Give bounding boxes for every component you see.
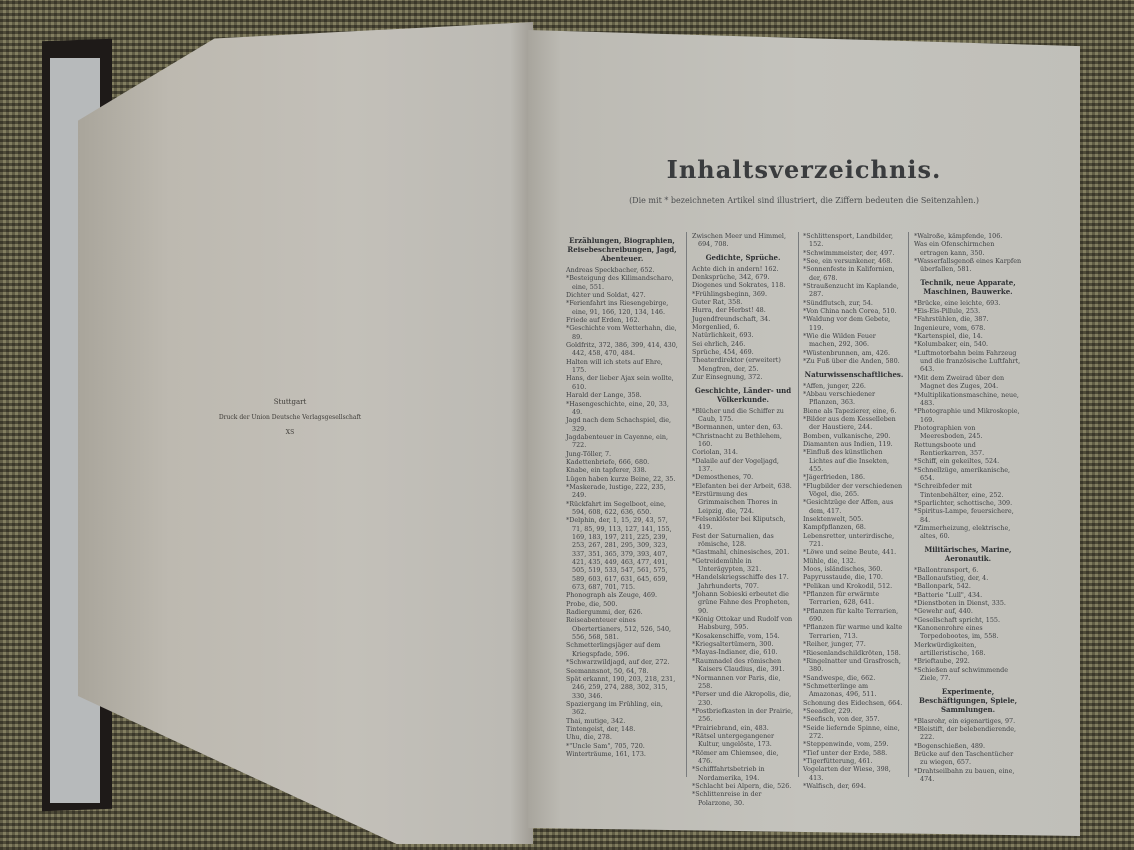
toc-entry: Fest der Saturnalien, das römische, 128. [692, 532, 794, 549]
toc-entry: Hans, der lieber Ajax sein wollte, 610. [566, 374, 678, 391]
toc-entry: Theaterdirektor (erweitert) Mengfren, de… [692, 356, 794, 373]
toc-entry: *Reiher, junger, 77. [803, 640, 905, 648]
section-heading: Geschichte, Länder- und Völkerkunde. [692, 386, 794, 404]
toc-entry: Jung-Töller, 7. [566, 450, 678, 458]
toc-entry: *Gewehr auf, 440. [914, 607, 1022, 615]
toc-entry: Papyrusstaude, die, 170. [803, 573, 905, 581]
toc-entry: *Multiplikationsmaschine, neue, 483. [914, 391, 1022, 408]
toc-entry: *Pelikan und Krokodil, 512. [803, 582, 905, 590]
toc-entry: *Postbriefkasten in der Prairie, 256. [692, 707, 794, 724]
toc-entry: *Wüstenbrunnen, am, 426. [803, 349, 905, 357]
section-heading: Naturwissenschaftliches. [803, 370, 905, 379]
toc-entry: Coriolan, 314. [692, 448, 794, 456]
toc-entry: *Frühlingsbeginn, 369. [692, 290, 794, 298]
toc-entry: *Maskerade, lustige, 222, 235, 249. [566, 483, 678, 500]
toc-entry: *Schiff, ein gekeiltes, 524. [914, 457, 1022, 465]
toc-entry: *Schießen auf schwimmende Ziele, 77. [914, 666, 1022, 683]
toc-entry: Merkwürdigkeiten, artilleristische, 168. [914, 641, 1022, 658]
toc-entry: *Gastmahl, chinesisches, 201. [692, 548, 794, 556]
toc-entry: Lebensretter, unterirdische, 721. [803, 532, 905, 549]
toc-entry: Vogelarten der Wiese, 398, 413. [803, 765, 905, 782]
toc-entry: *Gesichtzüge der Affen, aus dem, 417. [803, 498, 905, 515]
toc-entry: Winterträume, 161, 173. [566, 750, 678, 758]
toc-entry: Jagdabenteuer in Cayenne, ein, 722. [566, 433, 678, 450]
toc-entry: *Felsenklöster bei Kliputsch, 419. [692, 515, 794, 532]
toc-entry: *Sparlichter, schottische, 309. [914, 499, 1022, 507]
toc-entry: *Bormannen, unter den, 63. [692, 423, 794, 431]
toc-entry: *Kartenspiel, die, 14. [914, 332, 1022, 340]
toc-entry: *Raumnadel des römischen Kaisers Claudiu… [692, 657, 794, 674]
toc-entry: *Blücher und die Schiffer zu Caub, 175. [692, 407, 794, 424]
toc-entry: *Ballonaufstieg, der, 4. [914, 574, 1022, 582]
toc-entry: *Abbau verschiedener Pflanzen, 363. [803, 390, 905, 407]
toc-entry: *Getreidemühle in Unterägypten, 321. [692, 557, 794, 574]
toc-entry: *Ballonpark, 542. [914, 582, 1022, 590]
toc-entry: Harald der Lange, 358. [566, 391, 678, 399]
toc-entry: *Jägerfrieden, 186. [803, 473, 905, 481]
toc-entry: Kadettenbriefe, 666, 680. [566, 458, 678, 466]
imprint: Stuttgart Druck der Union Deutsche Verla… [180, 395, 400, 440]
toc-entry: *Drahtseilbahn zu bauen, eine, 474. [914, 767, 1022, 784]
toc-entry: *Luftmotorbahn beim Fahrzeug und die fra… [914, 349, 1022, 374]
toc-entry: Seemannsnot, 50, 64, 78. [566, 667, 678, 675]
toc-entry: Zur Einsegnung, 372. [692, 373, 794, 381]
toc-entry: Schmetterlingsjäger auf dem Kriegspfade,… [566, 641, 678, 658]
toc-entry: *Pflanzen für erwärmte Terrarien, 628, 6… [803, 590, 905, 607]
toc-entry: Insektenwelt, 505. [803, 515, 905, 523]
toc-entry: *Demosthenes, 70. [692, 473, 794, 481]
toc-entry: *Wasserfallsgenoß eines Karpfen überfall… [914, 257, 1022, 274]
toc-entry: *Kanonenrohre eines Torpedobootes, im, 5… [914, 624, 1022, 641]
toc-entry: Photographien von Meeresboden, 245. [914, 424, 1022, 441]
toc-entry: *Zimmerheizung, elektrische, altes, 60. [914, 524, 1022, 541]
toc-entry: *Spiritus-Lampe, feuersichere, 84. [914, 507, 1022, 524]
toc-entry: *Römer am Chiemsee, die, 476. [692, 749, 794, 766]
toc-entry: *Sandwespe, die, 662. [803, 674, 905, 682]
toc-entry: *Delphin, der, 1, 15, 29, 43, 57, 71, 85… [566, 516, 678, 591]
toc-entry: *Kriegsaltertümern, 300. [692, 640, 794, 648]
toc-entry: Andreas Speckbacher, 652. [566, 266, 678, 274]
toc-entry: Knabe, ein tapferer, 338. [566, 466, 678, 474]
toc-column-1: Erzählungen, Biographien, Reisebeschreib… [566, 232, 678, 758]
toc-entry: *Löwe und seine Beute, 441. [803, 548, 905, 556]
toc-entry: *Schwarzwildjagd, auf der, 272. [566, 658, 678, 666]
section-heading: Militärisches, Marine, Aeronautik. [914, 545, 1022, 563]
toc-entry: *Affen, junger, 226. [803, 382, 905, 390]
toc-entry: *Schnellzüge, amerikanische, 654. [914, 466, 1022, 483]
toc-entry: Reiseabenteuer eines Obertertianers, 512… [566, 616, 678, 641]
toc-entry: *Hasengeschichte, eine, 20, 33, 49. [566, 400, 678, 417]
toc-entry: *Blasrohr, ein eigenartiges, 97. [914, 717, 1022, 725]
toc-entry: Phonograph als Zeuge, 469. [566, 591, 678, 599]
toc-entry: *Christnacht zu Bethlehem, 160. [692, 432, 794, 449]
toc-entry: *Geschichte vom Wetterhahn, die, 89. [566, 324, 678, 341]
toc-entry: *Bilder aus dem Kesselleben der Haustier… [803, 415, 905, 432]
section-heading: Erzählungen, Biographien, Reisebeschreib… [566, 236, 678, 263]
toc-entry: Spaziergang im Frühling, ein, 362. [566, 700, 678, 717]
toc-column-2: Zwischen Meer und Himmel, 694, 708.Gedic… [692, 232, 794, 807]
toc-entry: Sprüche, 454, 469. [692, 348, 794, 356]
toc-entry: *Dienstboten in Dienst, 335. [914, 599, 1022, 607]
toc-entry: *Walroße, kämpfende, 106. [914, 232, 1022, 240]
section-heading: Gedichte, Sprüche. [692, 253, 794, 262]
toc-entry: *Schlittenreise in der Polarzone, 30. [692, 790, 794, 807]
toc-entry: *Brücke, eine leichte, 693. [914, 299, 1022, 307]
column-divider [908, 232, 909, 777]
toc-entry: Achte dich in andern! 162. [692, 265, 794, 273]
section-heading: Experimente, Beschäftigungen, Spiele, Sa… [914, 687, 1022, 714]
toc-entry: *Prairiebrand, ein, 483. [692, 724, 794, 732]
toc-entry: *Sündflutsch, zur, 54. [803, 299, 905, 307]
toc-entry: *Schreibfeder mit Tintenbehälter, eine, … [914, 482, 1022, 499]
toc-entry: Ingenieure, vom, 678. [914, 324, 1022, 332]
toc-entry: Kampfpflanzen, 68. [803, 523, 905, 531]
toc-entry: *König Ottokar und Rudolf von Habsburg, … [692, 615, 794, 632]
imprint-city: Stuttgart [180, 395, 400, 410]
toc-entry: Denksprüche, 342, 679. [692, 273, 794, 281]
toc-entry: *Pflanzen für kalte Terrarien, 690. [803, 607, 905, 624]
toc-entry: *Sonnenfeste in Kalifornien, der, 678. [803, 265, 905, 282]
toc-entry: *Mit dem Zweirad über den Magnet des Zug… [914, 374, 1022, 391]
toc-entry: *Handelskriegsschiffe des 17. Jahrhunder… [692, 573, 794, 590]
page-title: Inhaltsverzeichnis. [528, 155, 1080, 184]
toc-entry: *Rückfahrt im Segelboot, eine, 594, 608,… [566, 500, 678, 517]
toc-entry: Brücke auf den Taschentücher zu wiegen, … [914, 750, 1022, 767]
toc-entry: Hurra, der Herbst! 48. [692, 306, 794, 314]
toc-entry: *Bleistift, der belebendierende, 222. [914, 725, 1022, 742]
toc-entry: Spät erkannt, 190, 203, 218, 231, 246, 2… [566, 675, 678, 700]
toc-entry: Lügen haben kurze Beine, 22, 35. [566, 475, 678, 483]
toc-entry: *"Uncle Sam", 705, 720. [566, 742, 678, 750]
toc-entry: Goldfritz, 372, 386, 399, 414, 430, 442,… [566, 341, 678, 358]
toc-entry: *Straußenzucht im Kaplande, 287. [803, 282, 905, 299]
toc-entry: *Besteigung des Kilimandscharo, eine, 55… [566, 274, 678, 291]
toc-entry: *Kolumbaker, ein, 540. [914, 340, 1022, 348]
column-divider [686, 232, 687, 777]
toc-entry: *Bogenschießen, 489. [914, 742, 1022, 750]
toc-entry: *Normannen vor Paris, die, 258. [692, 674, 794, 691]
toc-entry: Morgenlied, 6. [692, 323, 794, 331]
toc-entry: *Erstürmung des Grimmaischen Thores in L… [692, 490, 794, 515]
toc-entry: *Elefanten bei der Arbeit, 638. [692, 482, 794, 490]
imprint-printer: Druck der Union Deutsche Verlagsgesellsc… [180, 410, 400, 425]
toc-entry: Diamanten aus Indien, 119. [803, 440, 905, 448]
toc-entry: *Eis-Eis-Pillule, 253. [914, 307, 1022, 315]
toc-entry: *Flugbilder der verschiedenen Vögel, die… [803, 482, 905, 499]
toc-entry: *Schmetterlinge am Amazonas, 496, 511. [803, 682, 905, 699]
toc-entry: Jugendfreundschaft, 34. [692, 315, 794, 323]
toc-entry: Mühle, die, 132. [803, 557, 905, 565]
toc-entry: *Dalaile auf der Vogeljagd, 137. [692, 457, 794, 474]
imprint-mark: XS [180, 425, 400, 440]
toc-entry: *Kosakenschiffe, vom, 154. [692, 632, 794, 640]
toc-entry: Uhu, die, 278. [566, 733, 678, 741]
toc-entry: Friede auf Erden, 162. [566, 316, 678, 324]
toc-entry: *Batterie "Lull", 434. [914, 591, 1022, 599]
toc-entry: *Waldung vor dem Gebete, 119. [803, 315, 905, 332]
toc-entry: *Riesenlandschildkröten, 158. [803, 649, 905, 657]
toc-entry: *See, ein versunkener, 468. [803, 257, 905, 265]
toc-entry: Probe, die, 500. [566, 600, 678, 608]
toc-entry: *Schlittensport, Landbilder, 152. [803, 232, 905, 249]
toc-entry: Jagd nach dem Schachspiel, die, 329. [566, 416, 678, 433]
page-subtitle: (Die mit * bezeichneten Artikel sind ill… [528, 196, 1080, 205]
toc-entry: Natürlichkeit, 693. [692, 331, 794, 339]
column-divider [798, 232, 799, 777]
toc-entry: *Gesellschaft spricht, 155. [914, 616, 1022, 624]
toc-entry: *Tigerfütterung, 461. [803, 757, 905, 765]
toc-entry: *Ferienfahrt ins Riesengebirge, eine, 91… [566, 299, 678, 316]
toc-entry: Halten will ich stets auf Ehre, 175. [566, 358, 678, 375]
toc-entry: *Johann Sobieski erbeutet die grüne Fahn… [692, 590, 794, 615]
toc-entry: *Schwimmmeister, der, 497. [803, 249, 905, 257]
toc-entry: Moos, isländisches, 360. [803, 565, 905, 573]
toc-entry: *Brieftaube, 292. [914, 657, 1022, 665]
toc-entry: *Schlacht bei Alpern, die, 526. [692, 782, 794, 790]
section-heading: Technik, neue Apparate, Maschinen, Bauwe… [914, 278, 1022, 296]
toc-entry: *Seide liefernde Spinne, eine, 272. [803, 724, 905, 741]
toc-entry: Was ein Ofenschirmchen ertragen kann, 35… [914, 240, 1022, 257]
toc-entry: *Wie die Wilden Feuer machen, 292, 306. [803, 332, 905, 349]
toc-entry: Thai, mutige, 342. [566, 717, 678, 725]
toc-entry: Guter Rat, 358. [692, 298, 794, 306]
toc-entry: Rettungsboote und Rentierkarren, 357. [914, 441, 1022, 458]
toc-entry: *Schifffahrtsbetrieb in Nordamerika, 194… [692, 765, 794, 782]
toc-entry: Sei ehrlich, 246. [692, 340, 794, 348]
toc-entry: *Photographie und Mikroskopie, 169. [914, 407, 1022, 424]
toc-entry: *Von China nach Corea, 510. [803, 307, 905, 315]
toc-column-3: *Schlittensport, Landbilder, 152.*Schwim… [803, 232, 905, 790]
toc-entry: *Seeadler, 229. [803, 707, 905, 715]
toc-entry: *Fahrstühlen, die, 387. [914, 315, 1022, 323]
toc-entry: Schonung des Eidechsen, 664. [803, 699, 905, 707]
toc-entry: Biene als Tapezierer, eine, 6. [803, 407, 905, 415]
toc-entry: *Pflanzen für warme und kalte Terrarien,… [803, 623, 905, 640]
toc-entry: *Ballontransport, 6. [914, 566, 1022, 574]
toc-entry: Tintengeist, der, 148. [566, 725, 678, 733]
toc-entry: *Steppenwinde, vom, 259. [803, 740, 905, 748]
toc-column-4: *Walroße, kämpfende, 106.Was ein Ofensch… [914, 232, 1022, 783]
toc-entry: *Seefisch, von der, 357. [803, 715, 905, 723]
toc-entry: *Ringelnatter und Grasfrosch, 380. [803, 657, 905, 674]
toc-entry: *Einfluß des künstlichen Lichtes auf die… [803, 448, 905, 473]
toc-entry: *Rätsel untergegangener Kultur, ungelöst… [692, 732, 794, 749]
toc-entry: Diogenes und Sokrates, 118. [692, 281, 794, 289]
toc-entry: *Zu Fuß über die Anden, 580. [803, 357, 905, 365]
toc-entry: Bomben, vulkanische, 290. [803, 432, 905, 440]
toc-entry: Zwischen Meer und Himmel, 694, 708. [692, 232, 794, 249]
toc-entry: *Tief unter der Erde, 588. [803, 749, 905, 757]
toc-entry: *Mayas-Indianer, die, 610. [692, 648, 794, 656]
toc-entry: Radiergummi, der, 626. [566, 608, 678, 616]
toc-entry: Dichter und Soldat, 427. [566, 291, 678, 299]
toc-entry: *Walfisch, der, 694. [803, 782, 905, 790]
toc-entry: *Perser und die Akropolis, die, 230. [692, 690, 794, 707]
